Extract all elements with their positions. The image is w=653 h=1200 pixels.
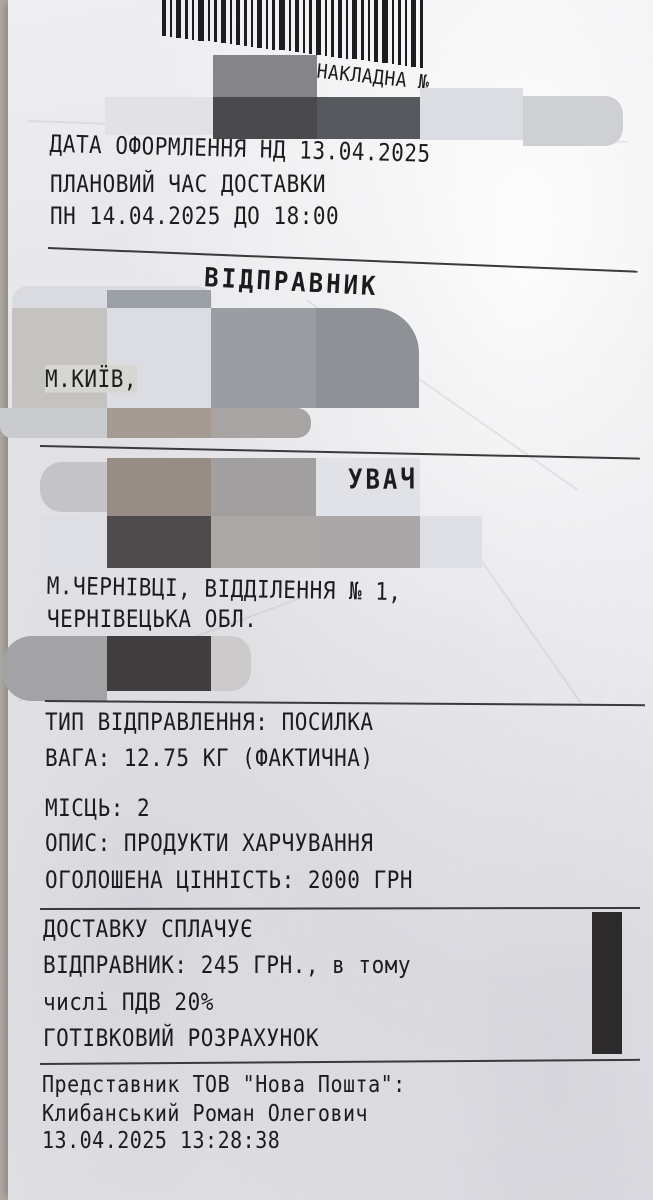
redacted-block — [40, 516, 107, 568]
barcode-bar — [368, 0, 370, 61]
redacted-block — [213, 97, 317, 139]
barcode-bar — [420, 0, 423, 68]
declared-value: ОГОЛОШЕНА ЦІННІСТЬ: 2000 ГРН — [45, 866, 413, 894]
payment-line1: ДОСТАВКУ СПЛАЧУЄ — [43, 915, 253, 943]
barcode-bar — [405, 0, 407, 66]
planned-delivery-value: ПН 14.04.2025 ДО 18:00 — [50, 202, 339, 230]
redacted-block — [316, 308, 419, 408]
barcode-bar — [331, 0, 334, 57]
barcode-bar — [382, 0, 388, 63]
redacted-block — [105, 97, 213, 135]
recipient-heading: УВАЧ — [348, 463, 418, 495]
barcode-bar — [185, 0, 188, 39]
payment-line4: ГОТІВКОВИЙ РОЗРАХУНОК — [43, 1024, 319, 1052]
barcode-bar — [257, 0, 262, 48]
barcode-bar — [361, 0, 364, 60]
planned-delivery-label: ПЛАНОВИЙ ЧАС ДОСТАВКИ — [50, 170, 326, 198]
redacted-block — [0, 408, 107, 438]
receipt-timestamp: 13.04.2025 13:28:38 — [42, 1126, 280, 1154]
redacted-block — [211, 636, 251, 691]
barcode-bar — [325, 0, 327, 56]
redacted-block — [2, 636, 107, 701]
recipient-address-line2: ЧЕРНІВЕЦЬКА ОБЛ. — [47, 605, 257, 633]
barcode-bar — [251, 0, 253, 47]
barcode-bar — [398, 0, 401, 65]
redacted-block — [317, 97, 420, 139]
representative-label: Представник ТОВ "Нова Пошта": — [42, 1070, 406, 1098]
redacted-block — [107, 290, 211, 308]
redacted-block — [523, 96, 623, 146]
redacted-block — [107, 458, 211, 516]
redacted-block — [316, 516, 420, 568]
barcode-bar — [272, 0, 275, 50]
barcode-bar — [236, 0, 240, 45]
redacted-block — [211, 308, 316, 408]
redacted-block — [211, 458, 316, 516]
redacted-block — [211, 408, 311, 438]
redacted-block — [12, 308, 107, 408]
representative-name: Клибанський Роман Олегович — [42, 1099, 368, 1127]
barcode-bar — [244, 0, 247, 46]
barcode-bar — [374, 0, 378, 62]
redacted-block — [213, 55, 317, 97]
redacted-block — [107, 516, 211, 568]
barcode-bar — [316, 0, 321, 55]
barcode-bar — [303, 0, 305, 53]
sender-city: М.КИЇВ, — [45, 365, 137, 393]
barcode-bar — [411, 0, 416, 67]
shipment-places: МІСЦЬ: 2 — [45, 794, 150, 822]
paper-crease — [466, 540, 582, 705]
barcode-bar — [221, 0, 226, 43]
redacted-block — [211, 516, 316, 568]
payment-marker-bar — [592, 912, 622, 1054]
barcode-bar — [192, 0, 194, 40]
payment-line2: ВІДПРАВНИК: 245 ГРН., в тому — [43, 951, 411, 979]
redacted-block — [420, 516, 482, 568]
redacted-block — [107, 308, 211, 408]
redacted-block — [107, 636, 211, 691]
barcode-bar — [289, 0, 291, 51]
barcode-bar — [266, 0, 268, 49]
barcode-bar — [214, 0, 217, 42]
barcode-bar — [198, 0, 204, 41]
barcode-bar — [346, 0, 348, 59]
barcode-bar — [279, 0, 285, 50]
barcode-bar — [208, 0, 210, 41]
barcode-bar — [352, 0, 357, 59]
payment-line3: числі ПДВ 20% — [43, 988, 214, 1016]
barcode-bar — [295, 0, 299, 52]
barcode-bar — [170, 0, 172, 37]
shipment-weight: ВАГА: 12.75 КГ (ФАКТИЧНА) — [45, 744, 374, 772]
barcode-bar — [230, 0, 232, 44]
shipment-type: ТИП ВІДПРАВЛЕННЯ: ПОСИЛКА — [45, 708, 374, 736]
redacted-block — [420, 88, 523, 140]
barcode-bar — [309, 0, 312, 54]
barcode-bar — [176, 0, 181, 38]
barcode-bar — [162, 0, 166, 36]
barcode-bar — [338, 0, 342, 58]
redacted-block — [107, 408, 211, 438]
redacted-block — [40, 462, 110, 512]
shipment-description: ОПИС: ПРОДУКТИ ХАРЧУВАННЯ — [45, 829, 374, 857]
barcode-bar — [392, 0, 394, 64]
